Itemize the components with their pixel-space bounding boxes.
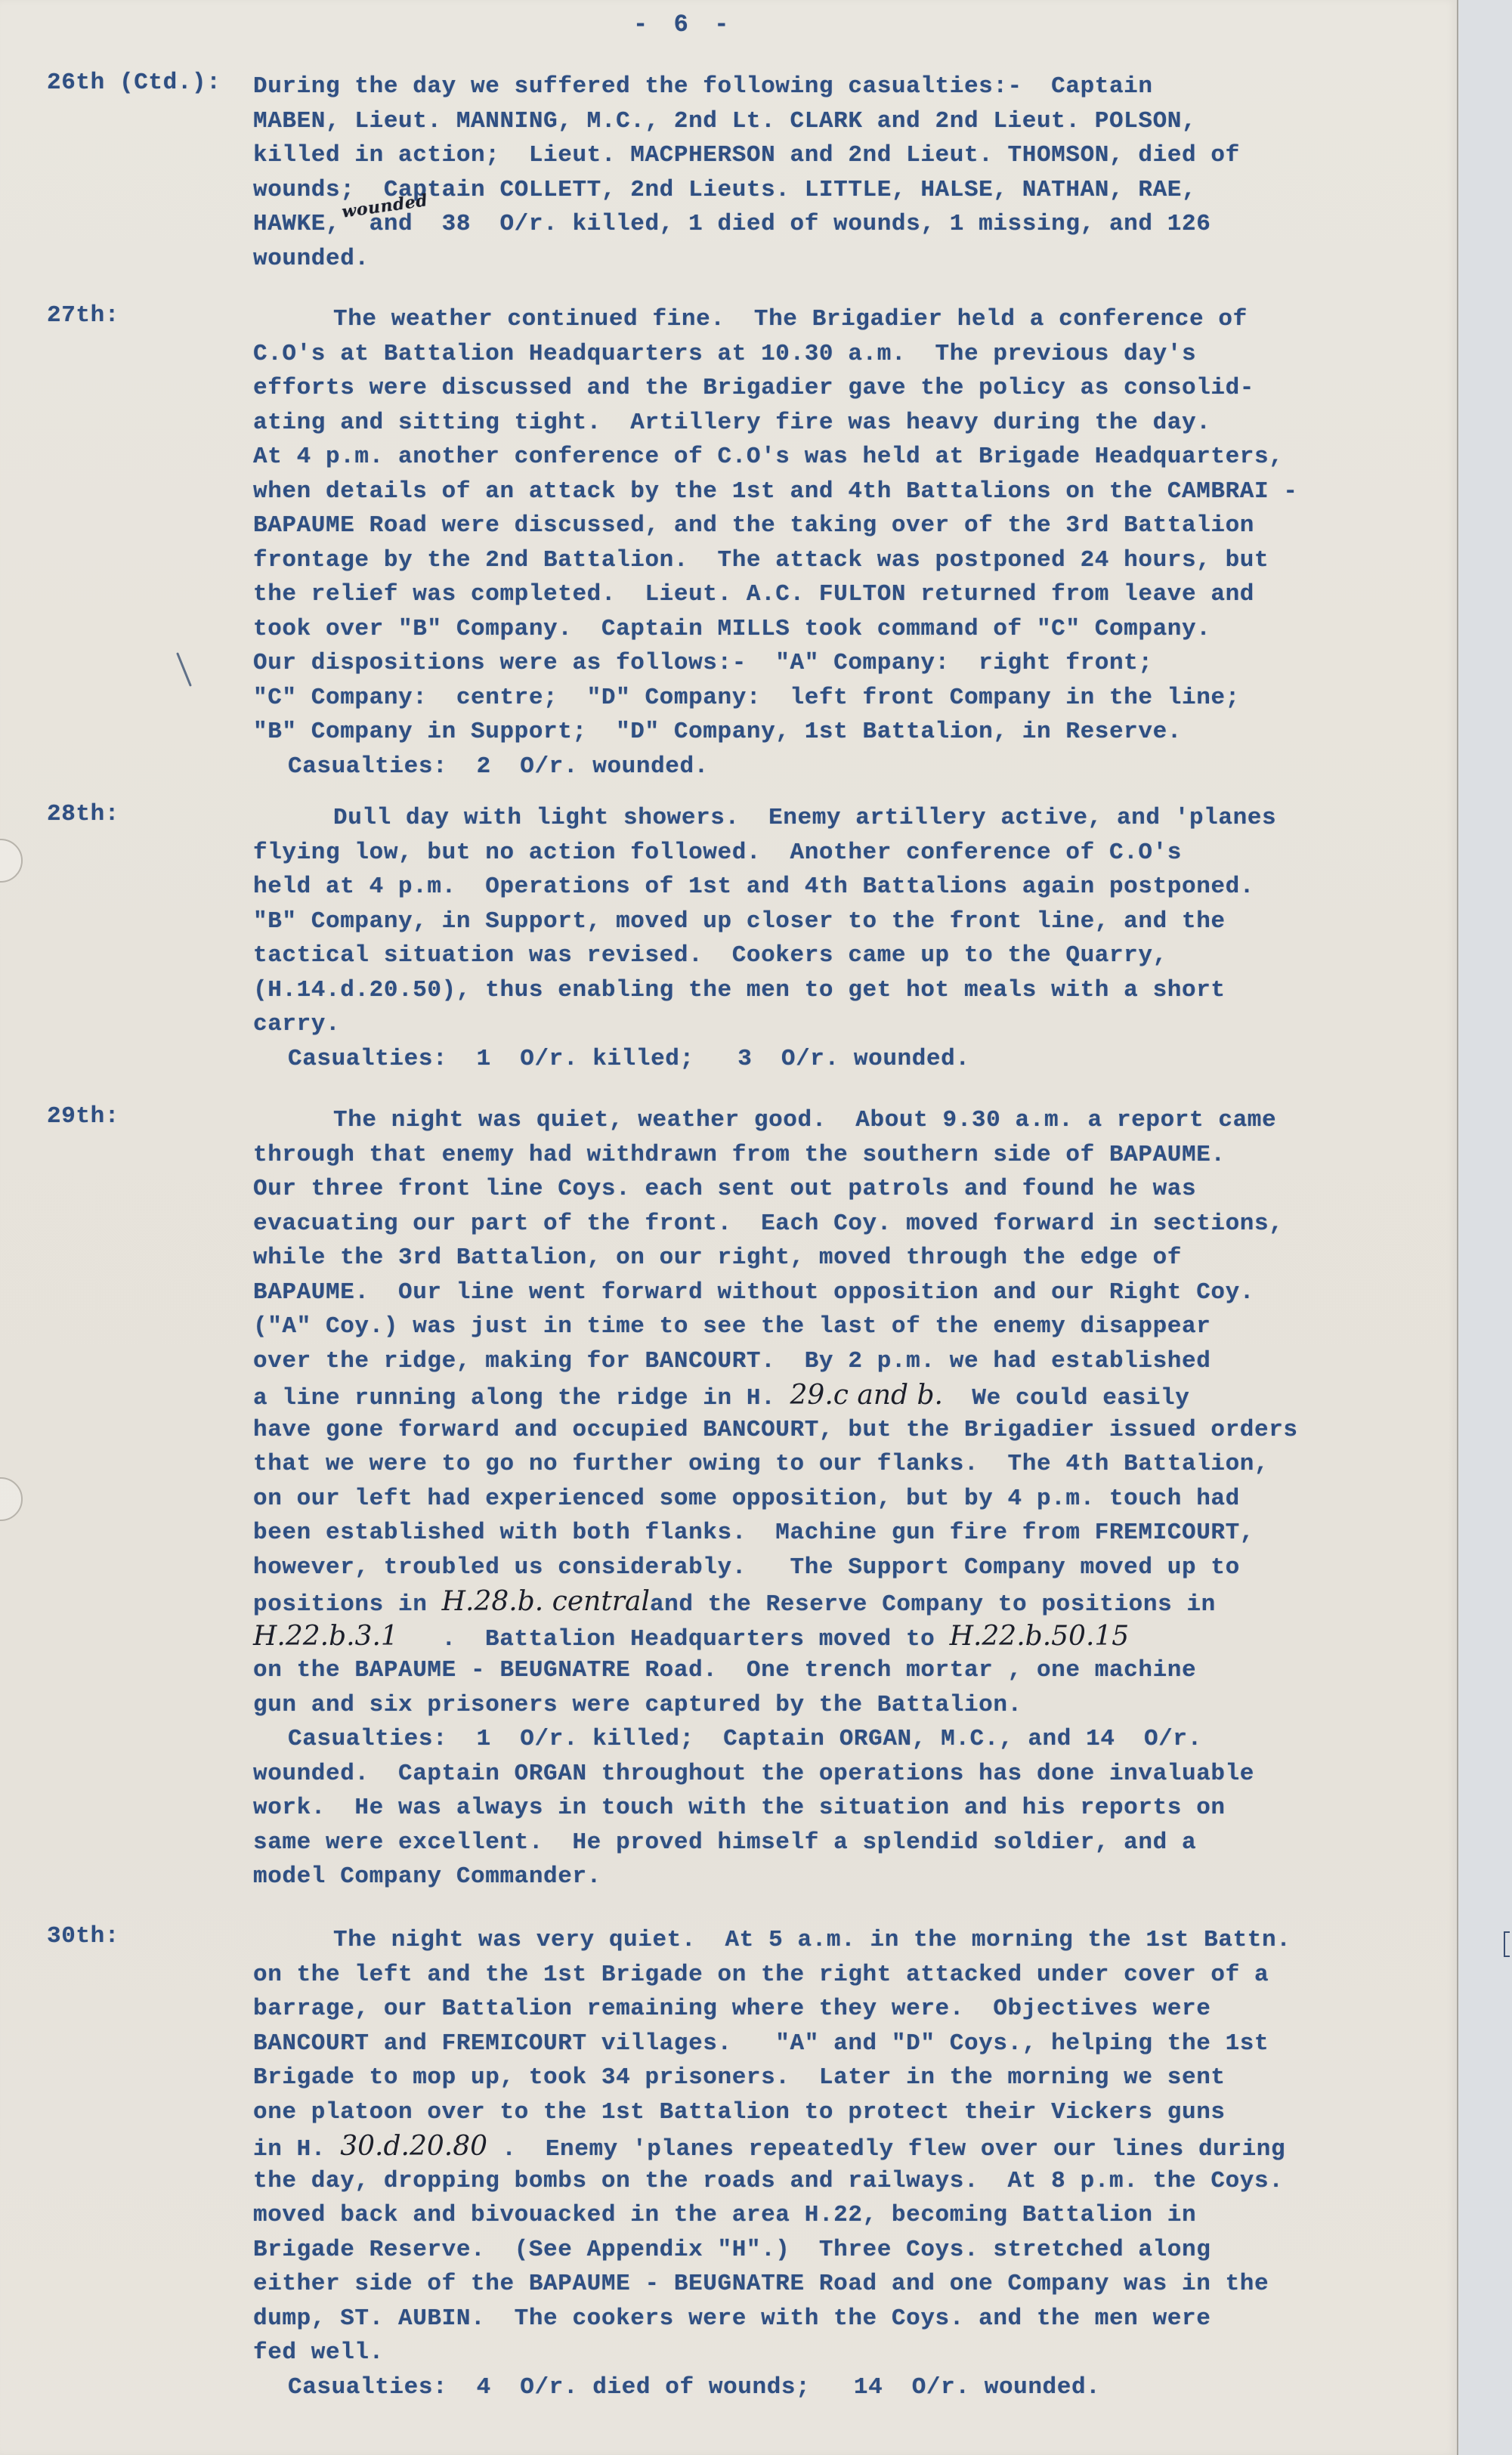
text-line: killed in action; Lieut. MACPHERSON and … [253,138,1447,173]
text-line-with-handwriting: in H. 30.d.20.80 . Enemy 'planes repeate… [253,2129,1447,2164]
date-label: 27th: [47,302,119,329]
entry-body: The night was quiet, weather good. About… [253,1103,1447,1894]
text-line: the day, dropping bombs on the roads and… [253,2164,1447,2199]
date-label: 29th: [47,1103,119,1130]
edge-bracket-mark [1504,1931,1510,1957]
text-line: on the BAPAUME - BEUGNATRE Road. One tre… [253,1653,1447,1688]
text-line: The night was very quiet. At 5 a.m. in t… [253,1923,1447,1958]
text-line: while the 3rd Battalion, on our right, m… [253,1241,1447,1275]
text-line: MABEN, Lieut. MANNING, M.C., 2nd Lt. CLA… [253,104,1447,139]
text-line: that we were to go no further owing to o… [253,1447,1447,1482]
text-line: BANCOURT and FREMICOURT villages. "A" an… [253,2027,1447,2061]
text-line: (H.14.d.20.50), thus enabling the men to… [253,973,1447,1008]
text-line: During the day we suffered the following… [253,70,1447,104]
text-line: have gone forward and occupied BANCOURT,… [253,1413,1447,1448]
typed-text: in H. [253,2136,340,2163]
entry-body: The night was very quiet. At 5 a.m. in t… [253,1923,1447,2404]
punch-hole [0,1477,23,1521]
typed-text: a line running along the ridge in H. [253,1385,790,1411]
typed-text: We could easily [943,1385,1189,1411]
casualties-line: Casualties: 4 O/r. died of wounds; 14 O/… [253,2370,1447,2405]
text-line: the relief was completed. Lieut. A.C. FU… [253,577,1447,612]
handwritten-grid-ref: H.22.b.3.1 [253,1621,398,1652]
text-line: took over "B" Company. Captain MILLS too… [253,612,1447,647]
handwritten-grid-ref: H.28.b. central [442,1586,650,1617]
text-line: model Company Commander. [253,1860,1447,1894]
text-line-with-handwriting: H.22.b.3.1 . Battalion Headquarters move… [253,1619,1447,1654]
text-line: Brigade Reserve. (See Appendix "H".) Thr… [253,2233,1447,2268]
text-line: wounded. [253,242,1447,277]
text-line: C.O's at Battalion Headquarters at 10.30… [253,337,1447,372]
text-line: efforts were discussed and the Brigadier… [253,371,1447,406]
text-line: work. He was always in touch with the si… [253,1791,1447,1826]
text-line: one platoon over to the 1st Battalion to… [253,2095,1447,2130]
text-line: through that enemy had withdrawn from th… [253,1138,1447,1173]
text-line: frontage by the 2nd Battalion. The attac… [253,543,1447,578]
text-line: gun and six prisoners were captured by t… [253,1688,1447,1723]
text-line: Brigade to mop up, took 34 prisoners. La… [253,2061,1447,2095]
date-label: 26th (Ctd.): [47,70,221,96]
handwritten-grid-ref: 30.d.20.80 [340,2131,487,2162]
typed-text: . Enemy 'planes repeatedly flew over our… [487,2136,1285,2163]
punch-hole [0,839,23,883]
text-line: carry. [253,1007,1447,1042]
text-line: The weather continued fine. The Brigadie… [253,302,1447,337]
typed-text: and the Reserve Company to positions in [650,1591,1216,1618]
text-line: Dull day with light showers. Enemy artil… [253,801,1447,836]
text-line: been established with both flanks. Machi… [253,1516,1447,1551]
text-line-with-handwriting: positions in H.28.b. centraland the Rese… [253,1585,1447,1619]
typed-text: positions in [253,1591,442,1618]
text-line: fed well. [253,2336,1447,2370]
text-line: held at 4 p.m. Operations of 1st and 4th… [253,870,1447,904]
text-line: over the ridge, making for BANCOURT. By … [253,1344,1447,1379]
text-line: on the left and the 1st Brigade on the r… [253,1958,1447,1993]
text-line: barrage, our Battalion remaining where t… [253,1992,1447,2027]
casualties-line: Casualties: 1 O/r. killed; 3 O/r. wounde… [253,1042,1447,1077]
casualties-line: Casualties: 2 O/r. wounded. [253,750,1447,784]
text-line: Our three front line Coys. each sent out… [253,1172,1447,1207]
entry-body: The weather continued fine. The Brigadie… [253,302,1447,784]
text-line-with-handwriting: a line running along the ridge in H. 29.… [253,1378,1447,1413]
text-line: ating and sitting tight. Artillery fire … [253,406,1447,441]
handwritten-grid-ref: 29.c and b. [790,1380,943,1411]
text-line: tactical situation was revised. Cookers … [253,938,1447,973]
text-line: BAPAUME Road were discussed, and the tak… [253,509,1447,543]
date-label: 28th: [47,801,119,827]
text-line: "B" Company in Support; "D" Company, 1st… [253,715,1447,750]
text-line: on our left had experienced some opposit… [253,1482,1447,1517]
document-page: - 6 - 26th (Ctd.): During the day we suf… [0,0,1458,2455]
entry-body: During the day we suffered the following… [253,70,1447,276]
margin-pencil-mark [176,652,192,687]
typed-text: . Battalion Headquarters moved to [398,1626,950,1653]
text-line: same were excellent. He proved himself a… [253,1826,1447,1860]
text-line: moved back and bivouacked in the area H.… [253,2198,1447,2233]
entry-body: Dull day with light showers. Enemy artil… [253,801,1447,1076]
casualties-line: Casualties: 1 O/r. killed; Captain ORGAN… [253,1722,1447,1757]
handwritten-grid-ref: H.22.b.50.15 [950,1621,1130,1652]
page-number: - 6 - [633,11,729,39]
text-line: wounds; Captain COLLETT, 2nd Lieuts. LIT… [253,173,1447,208]
text-line: however, troubled us considerably. The S… [253,1551,1447,1585]
text-line: dump, ST. AUBIN. The cookers were with t… [253,2302,1447,2336]
text-line: ("A" Coy.) was just in time to see the l… [253,1309,1447,1344]
text-line: BAPAUME. Our line went forward without o… [253,1275,1447,1310]
text-line: Our dispositions were as follows:- "A" C… [253,646,1447,681]
text-line: At 4 p.m. another conference of C.O's wa… [253,440,1447,475]
text-line: "B" Company, in Support, moved up closer… [253,904,1447,939]
date-label: 30th: [47,1923,119,1949]
text-line: flying low, but no action followed. Anot… [253,836,1447,870]
text-line: HAWKE, and 38 O/r. killed, 1 died of wou… [253,207,1447,242]
text-line: wounded. Captain ORGAN throughout the op… [253,1757,1447,1792]
text-line: either side of the BAPAUME - BEUGNATRE R… [253,2267,1447,2302]
text-line: "C" Company: centre; "D" Company: left f… [253,681,1447,716]
text-line: when details of an attack by the 1st and… [253,475,1447,509]
text-line: evacuating our part of the front. Each C… [253,1207,1447,1241]
text-line: The night was quiet, weather good. About… [253,1103,1447,1138]
